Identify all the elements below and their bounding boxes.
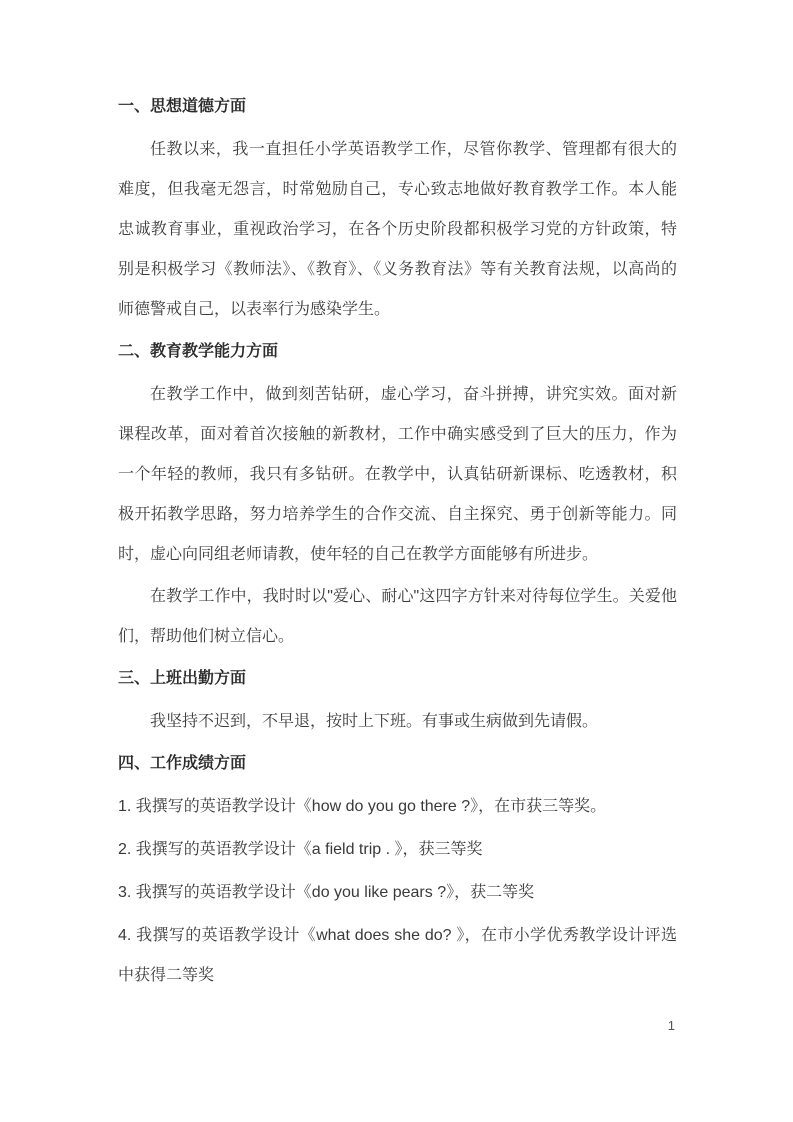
section-ideology: 一、思想道德方面 任教以来，我一直担任小学英语教学工作，尽管你教学、管理都有很大… [118,87,677,330]
document-page: 一、思想道德方面 任教以来，我一直担任小学英语教学工作，尽管你教学、管理都有很大… [0,0,793,1122]
list-item: 4. 我撰写的英语教学设计《what does she do? 》，在市小学优秀… [118,916,677,996]
section-teaching-ability: 二、教育教学能力方面 在教学工作中，做到刻苦钻研，虚心学习，奋斗拼搏，讲究实效。… [118,332,677,657]
list-item: 1. 我撰写的英语教学设计《how do you go there ?》，在市获… [118,787,677,827]
list-item: 2. 我撰写的英语教学设计《a field trip . 》，获三等奖 [118,830,677,870]
list-item: 3. 我撰写的英语教学设计《do you like pears ?》，获二等奖 [118,873,677,913]
section-achievements: 四、工作成绩方面 1. 我撰写的英语教学设计《how do you go the… [118,744,677,996]
section-heading: 二、教育教学能力方面 [118,332,677,372]
paragraph: 我坚持不迟到，不早退，按时上下班。有事或生病做到先请假。 [118,702,677,742]
paragraph: 任教以来，我一直担任小学英语教学工作，尽管你教学、管理都有很大的难度，但我毫无怨… [118,130,677,330]
section-attendance: 三、上班出勤方面 我坚持不迟到，不早退，按时上下班。有事或生病做到先请假。 [118,659,677,742]
section-heading: 四、工作成绩方面 [118,744,677,784]
page-number: 1 [668,1016,675,1036]
section-heading: 一、思想道德方面 [118,87,677,127]
document-body: 一、思想道德方面 任教以来，我一直担任小学英语教学工作，尽管你教学、管理都有很大… [118,87,677,996]
paragraph: 在教学工作中，我时时以"爱心、耐心"这四字方针来对待每位学生。关爱他们，帮助他们… [118,577,677,657]
section-heading: 三、上班出勤方面 [118,659,677,699]
paragraph: 在教学工作中，做到刻苦钻研，虚心学习，奋斗拼搏，讲究实效。面对新课程改革，面对着… [118,375,677,575]
